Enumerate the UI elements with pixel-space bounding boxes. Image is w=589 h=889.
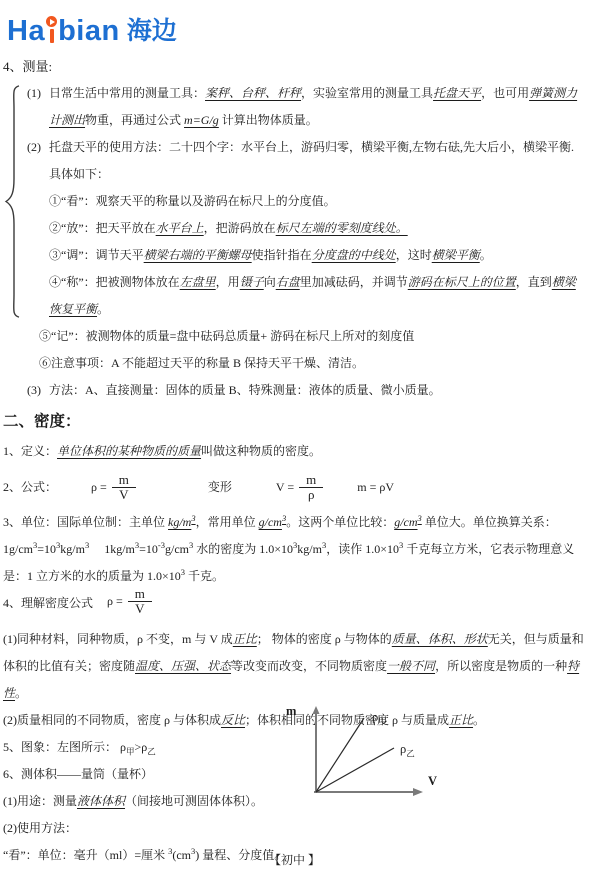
haibian-logo: Ha bian 海边 — [7, 16, 177, 46]
formula-v-equals-m-over-rho: V = mρ — [276, 473, 323, 502]
line-details-follow: 具体如下： — [27, 161, 586, 188]
line-text: 托盘天平的使用方法：二十四个字：水平台上，游码归零，横梁平衡,左物右砝,先大后小… — [49, 134, 574, 161]
line-step-weigh: ④“称”：把被测物体放在左盘里，用镊子向右盘里加减砝码，并调节游码在标尺上的位置… — [27, 269, 586, 323]
formula-numerator: m — [128, 587, 152, 602]
logo-letter-i — [46, 16, 57, 46]
formula-transform-label: 变形 — [208, 474, 232, 501]
formula-rho-equals-m-over-v: ρ = mV — [91, 473, 136, 502]
logo-i-stem — [50, 29, 54, 43]
line-balance-method: (2) 托盘天平的使用方法：二十四个字：水平台上，游码归零，横梁平衡,左物右砝,… — [27, 134, 586, 161]
formula-denominator: ρ — [308, 488, 315, 502]
footer-tag: 【初中 】 — [0, 851, 589, 868]
formula-numerator: m — [112, 473, 136, 488]
formula-label: 2、公式： — [3, 474, 57, 501]
line-step-place: ②“放”：把天平放在水平台上，把游码放在标尺左端的零刻度线处。 — [27, 215, 586, 242]
brace-group: (1) 日常生活中常用的测量工具：案秤、台秤、杆秤，实验室常用的测量工具托盘天平… — [3, 80, 586, 323]
formula-denominator: V — [119, 488, 128, 502]
line-same-material: (1)同种材料，同种物质，ρ 不变，m 与 V 成正比； 物体的密度 ρ 与物体… — [3, 626, 586, 707]
formula-lhs: ρ = — [107, 588, 123, 615]
formula-label: 4、理解密度公式 — [3, 590, 93, 617]
density-graph: m V ρ甲 ρ乙 — [284, 702, 454, 806]
formula-numerator: m — [299, 473, 323, 488]
logo-text-chinese: 海边 — [127, 17, 177, 46]
formula-rho-equals-m-over-v: ρ = mV — [107, 587, 152, 616]
line-step-notes: ⑥注意事项：A 不能超过天平的称量 B 保持天平干燥、清洁。 — [3, 350, 586, 377]
logo-text-bian: bian — [58, 16, 120, 46]
formula-lhs: V = — [276, 474, 294, 501]
line-measure-methods: (3) 方法：A、直接测量：固体的质量 B、特殊测量：液体的质量、微小质量。 — [3, 377, 586, 404]
section-density-title: 二、密度： — [3, 406, 586, 438]
play-triangle-icon — [50, 19, 55, 25]
line-text: 日常生活中常用的测量工具：案秤、台秤、杆秤，实验室常用的测量工具托盘天平，也可用… — [49, 80, 586, 134]
line-density-definition: 1、定义：单位体积的某种物质的质量叫做这种物质的密度。 — [3, 438, 586, 465]
graph-line1-label: ρ甲 — [372, 710, 387, 725]
formula-denominator: V — [135, 602, 144, 616]
left-curly-brace — [3, 84, 23, 319]
section-measure-title: 4、测量: — [3, 53, 586, 80]
line-usage-method: (2)使用方法： — [3, 815, 586, 842]
line-density-formula: 2、公式： ρ = mV 变形 V = mρ m = ρV — [3, 465, 586, 509]
line-density-units: 3、单位：国际单位制：主单位 kg/m3，常用单位 g/cm3。这两个单位比较：… — [3, 509, 586, 590]
formula-lhs: ρ = — [91, 474, 107, 501]
line-step-record: ⑤“记”：被测物体的质量=盘中砝码总质量+ 游码在标尺上所对的刻度值 — [3, 323, 586, 350]
line-step-adjust: ③“调”：调节天平横梁右端的平衡螺母使指针指在分度盘的中线处，这时横梁平衡。 — [27, 242, 586, 269]
item-marker: (1) — [27, 80, 49, 134]
line-text: 方法：A、直接测量：固体的质量 B、特殊测量：液体的质量、微小质量。 — [49, 377, 441, 404]
formula-m-equals-rho-v: m = ρV — [357, 474, 394, 501]
item-marker: (3) — [27, 377, 49, 404]
graph-line2-label: ρ乙 — [400, 742, 415, 757]
play-icon — [46, 16, 57, 27]
graph-xlabel: V — [428, 774, 437, 789]
line-step-look: ①“看”：观察天平的称量以及游码在标尺上的分度值。 — [27, 188, 586, 215]
graph-axes — [284, 702, 454, 806]
line-understand-formula: 4、理解密度公式 ρ = mV — [3, 590, 586, 626]
document-page: Ha bian 海边 4、测量: (1) 日常生活中常用的测量工具：案秤、台秤、… — [0, 0, 589, 889]
item-marker: (2) — [27, 134, 49, 161]
graph-ylabel: m — [286, 704, 296, 719]
line-measure-tools: (1) 日常生活中常用的测量工具：案秤、台秤、杆秤，实验室常用的测量工具托盘天平… — [27, 80, 586, 134]
logo-text-ha: Ha — [7, 16, 45, 46]
